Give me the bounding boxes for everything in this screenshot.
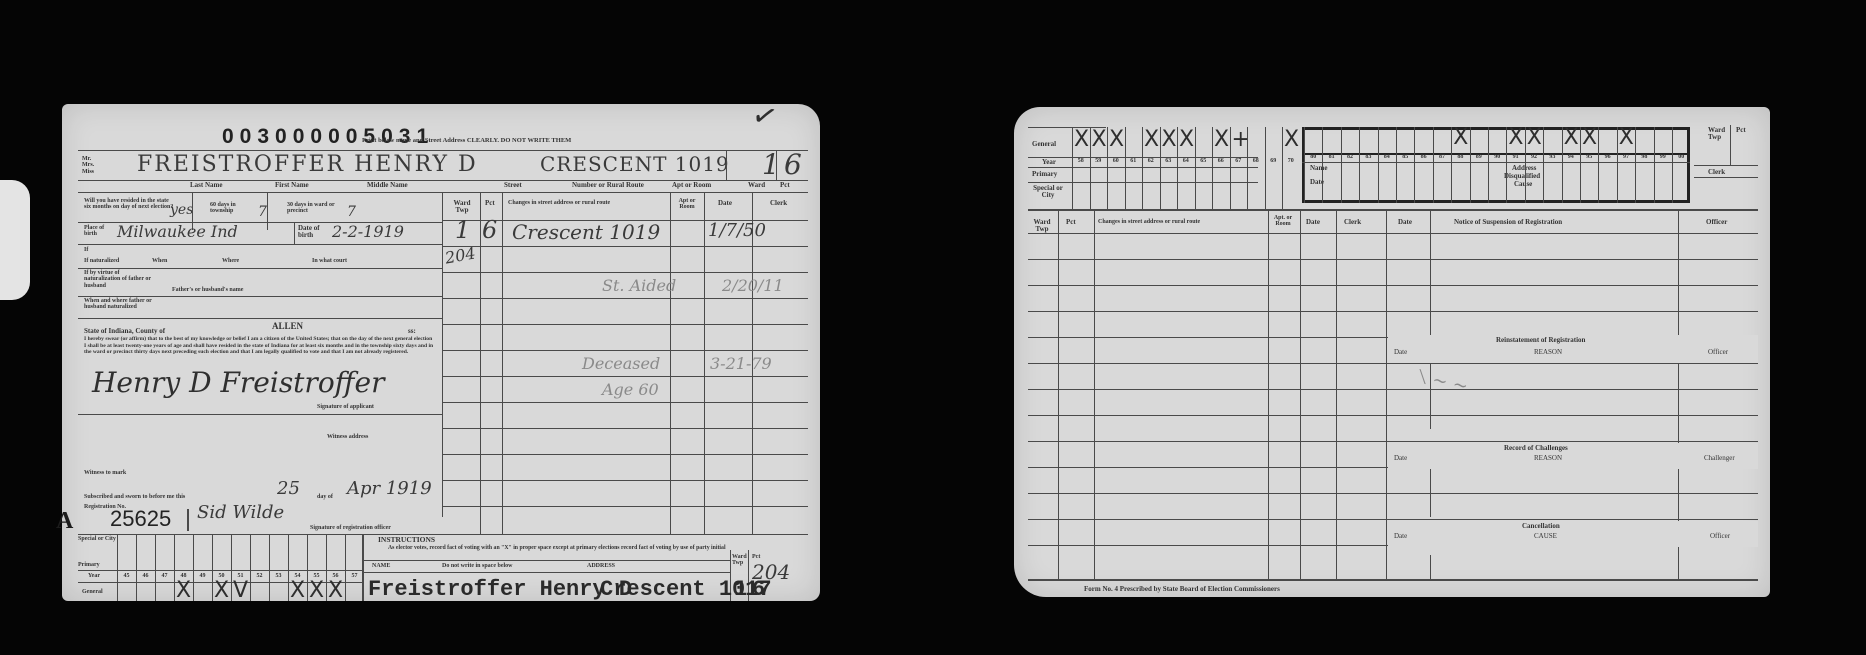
reinstatement-note: ⟍ ~ ~ bbox=[1412, 366, 1469, 398]
back-th-date: Date bbox=[1306, 219, 1320, 226]
officer-signature: Sid Wilde bbox=[197, 502, 284, 523]
label-where: Where bbox=[222, 258, 239, 264]
reinstatement-date: Date bbox=[1394, 349, 1407, 356]
title-prefix: Mr.Mrs.Miss bbox=[82, 156, 102, 175]
year-cell: 98 bbox=[1635, 154, 1653, 160]
row3-date: 2/20/11 bbox=[722, 276, 784, 295]
label-street: Street bbox=[504, 182, 522, 189]
label-ward-bottom: Ward Twp bbox=[732, 554, 748, 567]
vote-mark: X bbox=[1453, 127, 1468, 149]
label-name: NAME bbox=[372, 563, 390, 569]
year-cell: 64 bbox=[1177, 158, 1195, 164]
back-th-officer: Officer bbox=[1706, 219, 1727, 226]
vote-mark: X bbox=[1074, 129, 1089, 151]
year-cell: 89 bbox=[1470, 154, 1488, 160]
vote-mark: X bbox=[214, 580, 229, 602]
label-middle-name: Middle Name bbox=[367, 182, 408, 189]
back-label-primary: Primary bbox=[1032, 171, 1057, 178]
typed-ward: 1 bbox=[734, 577, 747, 602]
subscribed-day: 25 bbox=[277, 478, 300, 499]
year-cell: 70 bbox=[1282, 158, 1300, 164]
back-label-clerk: Clerk bbox=[1708, 169, 1725, 176]
label-address: ADDRESS bbox=[587, 563, 615, 569]
label-ss: ss: bbox=[408, 328, 416, 335]
label-state-county: State of Indiana, County of bbox=[84, 328, 165, 335]
year-cell: 87 bbox=[1433, 154, 1451, 160]
registration-prefix: A bbox=[56, 508, 73, 535]
vote-mark: X bbox=[1619, 127, 1634, 149]
year-cell: 45 bbox=[117, 573, 136, 579]
year-cell: 61 bbox=[1125, 158, 1143, 164]
year-cell: 57 bbox=[345, 573, 364, 579]
label-apt: Apt or Room bbox=[672, 182, 711, 189]
typed-name: Freistroffer Henry D bbox=[368, 577, 632, 602]
row1-date: 1/7/50 bbox=[708, 220, 766, 241]
year-cell: 90 bbox=[1488, 154, 1506, 160]
cancellation-date: Date bbox=[1394, 533, 1407, 540]
year-cell: 96 bbox=[1598, 154, 1616, 160]
back-label-year: Year bbox=[1042, 159, 1056, 166]
label-when-where-father: When and where father or husband natural… bbox=[84, 298, 164, 311]
label-ward: Ward bbox=[748, 182, 765, 189]
row5-date: 3-21-79 bbox=[710, 354, 772, 373]
back-th-suspension: Notice of Suspension of Registration bbox=[1454, 219, 1562, 226]
row1-ward: 1 bbox=[455, 216, 470, 244]
vote-label-general: General bbox=[82, 589, 103, 595]
vote-mark: X bbox=[176, 580, 191, 602]
year-cell: 59 bbox=[1090, 158, 1108, 164]
applicant-signature: Henry D Freistroffer bbox=[92, 366, 384, 399]
check-mark-icon: ✓ bbox=[749, 99, 781, 134]
ward-days-answer: 7 bbox=[347, 204, 356, 220]
row2-ward: 204 bbox=[444, 243, 477, 267]
vote-mark: X bbox=[328, 580, 343, 602]
label-father-name: Father's or husband's name bbox=[172, 287, 243, 293]
vote-mark: V bbox=[233, 580, 248, 602]
vote-mark: X bbox=[1284, 129, 1299, 151]
instructions-title: INSTRUCTIONS bbox=[378, 536, 435, 544]
label-witness-mark: Witness to mark bbox=[84, 470, 126, 476]
year-cell: 52 bbox=[250, 573, 269, 579]
vote-mark: X bbox=[1179, 129, 1194, 151]
back-th-apt: Apt. or Room bbox=[1272, 215, 1294, 228]
label-subscribed: Subscribed and sworn to before me this bbox=[84, 494, 185, 500]
box-label-name: Name bbox=[1310, 165, 1328, 172]
year-cell: 63 bbox=[1160, 158, 1178, 164]
label-naturalized: If naturalized bbox=[84, 258, 119, 264]
year-cell: 62 bbox=[1142, 158, 1160, 164]
year-cell: 53 bbox=[269, 573, 288, 579]
challenges-title: Record of Challenges bbox=[1504, 445, 1568, 452]
year-cell: 81 bbox=[1322, 154, 1340, 160]
vote-mark: X bbox=[1527, 127, 1542, 149]
vote-mark: X bbox=[1564, 127, 1579, 149]
year-cell: 68 bbox=[1247, 158, 1265, 164]
vote-mark: X bbox=[1109, 129, 1124, 151]
year-cell: 69 bbox=[1265, 158, 1283, 164]
place-of-birth: Milwaukee Ind bbox=[117, 222, 238, 241]
year-cell: 97 bbox=[1617, 154, 1635, 160]
back-label-general: General bbox=[1032, 141, 1056, 148]
reinstatement-title: Reinstatement of Registration bbox=[1496, 337, 1585, 344]
year-cell: 83 bbox=[1359, 154, 1377, 160]
pct-top: 6 bbox=[784, 148, 802, 181]
vote-mark: X bbox=[1162, 129, 1177, 151]
label-first-name: First Name bbox=[275, 182, 309, 189]
vote-mark: X bbox=[290, 580, 305, 602]
year-cell: 58 bbox=[1072, 158, 1090, 164]
year-cell: 00 bbox=[1672, 154, 1690, 160]
back-label-pct: Pct bbox=[1736, 127, 1746, 134]
year-cell: 85 bbox=[1396, 154, 1414, 160]
back-th-ward: Ward Twp bbox=[1030, 219, 1054, 234]
year-cell: 47 bbox=[155, 573, 174, 579]
year-cell: 94 bbox=[1562, 154, 1580, 160]
row1-pct: 6 bbox=[482, 216, 497, 244]
challenges-reason: REASON bbox=[1534, 455, 1562, 462]
label-if: If bbox=[84, 247, 88, 253]
year-cell: 99 bbox=[1654, 154, 1672, 160]
th-date: Date bbox=[718, 200, 732, 207]
instructions-text: As elector votes, record fact of voting … bbox=[388, 545, 728, 551]
label-court: In what court bbox=[312, 258, 347, 264]
vote-mark: X bbox=[1144, 129, 1159, 151]
township-answer: 7 bbox=[258, 204, 267, 220]
vote-label-primary: Primary bbox=[78, 562, 100, 568]
year-cell: 92 bbox=[1525, 154, 1543, 160]
state-residence-answer: yes bbox=[170, 202, 193, 218]
label-state-residence: Will you have resided in the state six m… bbox=[84, 198, 176, 211]
row1-address: Crescent 1019 bbox=[512, 220, 660, 244]
year-cell: 86 bbox=[1414, 154, 1432, 160]
th-pct: Pct bbox=[485, 200, 495, 207]
year-cell: 66 bbox=[1212, 158, 1230, 164]
vote-mark: X bbox=[1508, 127, 1523, 149]
challenges-date: Date bbox=[1394, 455, 1407, 462]
year-cell: 93 bbox=[1543, 154, 1561, 160]
cancellation-officer: Officer bbox=[1710, 533, 1730, 540]
label-place-of-birth: Place of birth bbox=[84, 225, 114, 238]
label-last-name: Last Name bbox=[190, 182, 222, 189]
label-officer-signature: Signature of registration officer bbox=[310, 525, 391, 531]
year-cell: 91 bbox=[1506, 154, 1524, 160]
th-ward-twp: Ward Twp bbox=[447, 200, 477, 215]
label-when: When bbox=[152, 258, 167, 264]
year-cell: 65 bbox=[1195, 158, 1213, 164]
year-cell: 67 bbox=[1230, 158, 1248, 164]
county-name: ALLEN bbox=[272, 322, 303, 331]
label-witness-address: Witness address bbox=[327, 434, 368, 440]
vote-mark: X bbox=[1214, 129, 1229, 151]
year-cell: 84 bbox=[1378, 154, 1396, 160]
date-of-birth: 2-2-1919 bbox=[332, 222, 404, 241]
vote-mark: X bbox=[309, 580, 324, 602]
registration-card-front: ✓ 003000005031 Print below name and Stre… bbox=[62, 104, 820, 601]
back-th-clerk: Clerk bbox=[1344, 219, 1361, 226]
label-signature-applicant: Signature of applicant bbox=[317, 404, 374, 410]
reinstatement-officer: Officer bbox=[1708, 349, 1728, 356]
header-instruction: Print below name and Street Address CLEA… bbox=[362, 138, 571, 145]
back-label-ward: Ward Twp bbox=[1708, 127, 1728, 142]
vote-mark: X bbox=[1582, 127, 1597, 149]
applicant-address: CRESCENT 1019 bbox=[540, 152, 730, 176]
year-cell: 60 bbox=[1107, 158, 1125, 164]
reinstatement-reason: REASON bbox=[1534, 349, 1562, 356]
box-label-cause: Cause bbox=[1514, 181, 1532, 188]
form-footer: Form No. 4 Prescribed by State Board of … bbox=[1084, 586, 1280, 593]
th-changes-address: Changes in street address or rural route bbox=[508, 200, 610, 206]
year-cell: 88 bbox=[1451, 154, 1469, 160]
typed-pct: 6 bbox=[752, 577, 765, 602]
oath-text: I hereby swear (or affirm) that to the b… bbox=[84, 336, 434, 356]
label-pct: Pct bbox=[780, 182, 790, 189]
label-virtue-naturalization: If by virtue of naturalization of father… bbox=[84, 270, 154, 289]
year-cell: 82 bbox=[1341, 154, 1359, 160]
year-cell: 49 bbox=[193, 573, 212, 579]
back-th-suspension-date: Date bbox=[1398, 219, 1412, 226]
vote-mark: X bbox=[1092, 129, 1107, 151]
label-number: Number or Rural Route bbox=[572, 182, 644, 189]
scanner-artifact bbox=[0, 180, 30, 300]
registration-card-back: General Year Primary Special or City Nam… bbox=[1014, 107, 1770, 597]
ward-top: 1 bbox=[762, 148, 780, 181]
applicant-name: FREISTROFFER HENRY D bbox=[137, 152, 478, 177]
vote-label-year: Year bbox=[88, 573, 100, 579]
label-date-of-birth: Date of birth bbox=[298, 225, 328, 240]
cancellation-title: Cancellation bbox=[1522, 523, 1560, 530]
th-clerk: Clerk bbox=[770, 200, 787, 207]
th-apt-room: Apt or Room bbox=[674, 198, 700, 211]
year-cell: 95 bbox=[1580, 154, 1598, 160]
challenges-challenger: Challenger bbox=[1704, 455, 1735, 462]
back-th-changes: Changes in street address or rural route bbox=[1098, 219, 1200, 225]
back-th-pct: Pct bbox=[1066, 219, 1076, 226]
label-day-of: day of bbox=[317, 494, 333, 500]
row3-address: St. Aided bbox=[602, 276, 676, 295]
year-cell: 80 bbox=[1304, 154, 1322, 160]
row6-address: Age 60 bbox=[602, 380, 659, 399]
label-do-not-write: Do not write in space below bbox=[442, 563, 513, 569]
year-cell: 46 bbox=[136, 573, 155, 579]
label-township: 60 days in township bbox=[210, 202, 260, 215]
label-ward-days: 30 days in ward or precinct bbox=[287, 202, 347, 215]
back-label-special: Special or City bbox=[1030, 185, 1066, 200]
cancellation-cause: CAUSE bbox=[1534, 533, 1557, 540]
row5-address: Deceased bbox=[582, 354, 660, 373]
subscribed-month-year: Apr 1919 bbox=[347, 478, 432, 499]
registration-number: 25625 bbox=[110, 506, 171, 532]
vote-label-special: Special or City bbox=[78, 536, 116, 542]
